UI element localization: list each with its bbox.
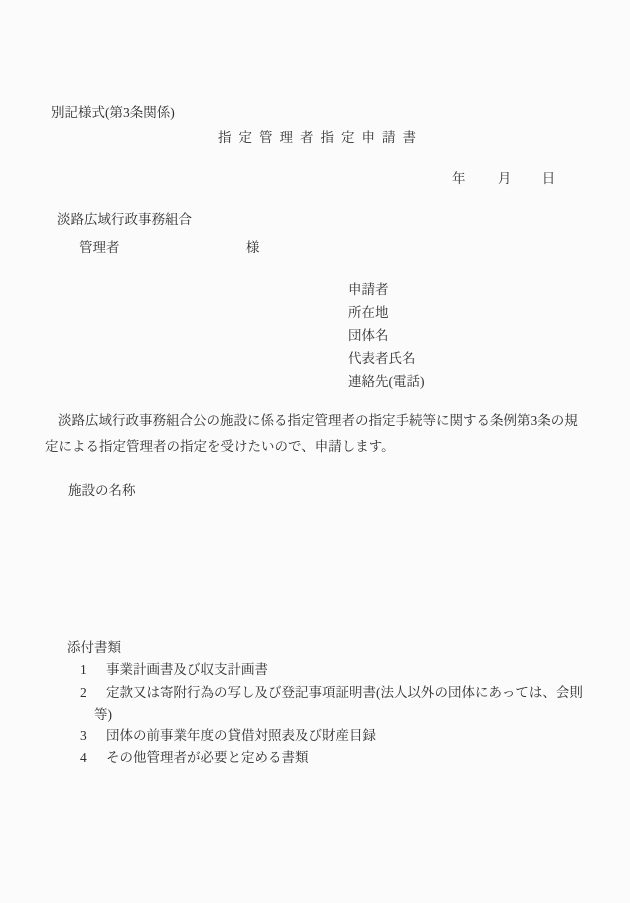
attachment-item-1-text: 事業計画書及び収支計画書 [106,662,268,677]
recipient-addressee-title: 管理者 [79,240,120,255]
attachment-item-4: 4その他管理者が必要と定める書類 [80,750,309,765]
application-statement: 淡路広域行政事務組合公の施設に係る指定管理者の指定手続等に関する条例第3条の規 … [45,408,590,460]
attachment-item-3-text: 団体の前事業年度の貸借対照表及び財産目録 [106,728,376,743]
attachment-item-4-number: 4 [80,750,106,765]
recipient-addressee-line: 管理者 様 [79,240,259,255]
date-month-label: 月 [498,171,512,186]
application-statement-line2: 定による指定管理者の指定を受けたいので、申請します。 [45,434,590,460]
attachment-item-4-text: その他管理者が必要と定める書類 [106,750,309,765]
applicant-fields-block: 申請者 所在地 団体名 代表者氏名 連絡先(電話) [348,278,425,393]
attachment-item-2-text-continued: 等) [94,704,583,726]
document-title: 指定管理者指定申請書 [218,130,423,145]
organization-name-field-label: 団体名 [348,324,425,347]
date-day-label: 日 [542,171,556,186]
recipient-honorific: 様 [246,240,260,255]
attachment-item-3: 3団体の前事業年度の貸借対照表及び財産目録 [80,728,376,743]
attachment-item-1: 1事業計画書及び収支計画書 [80,662,268,677]
attachment-item-2-number: 2 [80,682,106,704]
representative-name-field-label: 代表者氏名 [348,347,425,370]
form-style-label: 別記様式(第3条関係) [51,105,175,120]
attachment-item-3-number: 3 [80,728,106,743]
attachment-item-2: 2定款又は寄附行為の写し及び登記事項証明書(法人以外の団体にあっては、会則 等) [80,682,583,726]
address-field-label: 所在地 [348,301,425,324]
contact-phone-field-label: 連絡先(電話) [348,370,425,393]
application-statement-line1: 淡路広域行政事務組合公の施設に係る指定管理者の指定手続等に関する条例第3条の規 [45,408,590,434]
recipient-organization: 淡路広域行政事務組合 [57,212,192,227]
attachments-heading: 添付書類 [67,640,121,655]
date-year-label: 年 [452,171,466,186]
date-line: 年 月 日 [452,171,555,186]
attachment-item-1-number: 1 [80,662,106,677]
attachment-item-2-text: 定款又は寄附行為の写し及び登記事項証明書(法人以外の団体にあっては、会則 [106,685,583,700]
application-form-page: 別記様式(第3条関係) 指定管理者指定申請書 年 月 日 淡路広域行政事務組合 … [0,0,630,903]
applicant-field-label: 申請者 [348,278,425,301]
facility-name-label: 施設の名称 [68,483,136,498]
